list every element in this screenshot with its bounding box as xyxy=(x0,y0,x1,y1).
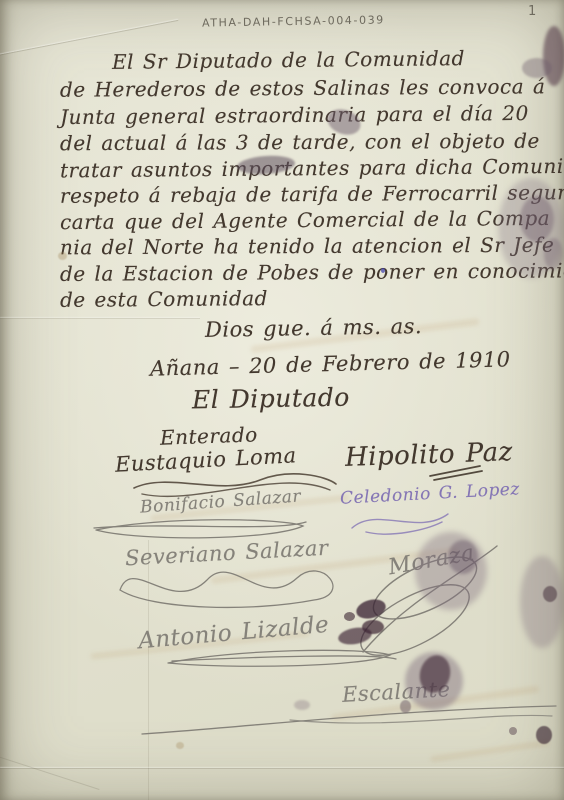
letter-line-3: Junta general estraordinaria para el día… xyxy=(60,101,529,129)
letter-line-4: del actual á las 3 de tarde, con el obje… xyxy=(60,129,540,156)
reference-code: ATHA-DAH-FCHSA-004-039 xyxy=(202,13,385,29)
letter-line-7: carta que del Agente Comercial de la Com… xyxy=(60,206,550,234)
salutation-line: Dios gue. á ms. as. xyxy=(205,314,422,342)
letter-line-2: de Herederos de estos Salinas les convoc… xyxy=(60,74,546,101)
dateline: Añana – 20 de Febrero de 1910 xyxy=(150,347,511,380)
letter-line-6: respeto á rebaja de tarifa de Ferrocarri… xyxy=(60,180,564,208)
flourish-escalante-tail xyxy=(140,698,560,740)
letter-line-8: nia del Norte ha tenido la atencion el S… xyxy=(60,233,554,260)
signer-title: El Diputado xyxy=(192,383,350,415)
flourish-severiano-salazar xyxy=(112,560,360,615)
crease-bottom-left xyxy=(0,755,99,790)
crease-bottom xyxy=(0,768,564,769)
letter-line-1: El Sr Diputado de la Comunidad xyxy=(112,46,465,74)
stain-right-edge-wash xyxy=(520,556,564,648)
letter-line-10: de esta Comunidad xyxy=(60,286,268,312)
flourish-celedonio-lopez xyxy=(346,502,461,538)
fox-spot-2 xyxy=(176,742,184,749)
paper-sheet: ATHA-DAH-FCHSA-004-039 1 El Sr Diputado … xyxy=(0,0,564,800)
flourish-moraza xyxy=(345,540,505,655)
page-number: 1 xyxy=(528,4,538,19)
stain-top-right xyxy=(543,26,564,86)
letter-line-9: de la Estacion de Pobes de poner en cono… xyxy=(60,258,564,286)
bleedthrough-streak xyxy=(430,740,550,763)
stain-right-edge-speck xyxy=(543,586,557,602)
crease-mid-left xyxy=(0,318,200,319)
letter-line-5: tratar asuntos importantes para dicha Co… xyxy=(60,154,564,183)
flourish-hipolito-paz xyxy=(428,462,488,482)
flourish-antonio-lizalde xyxy=(162,645,400,679)
